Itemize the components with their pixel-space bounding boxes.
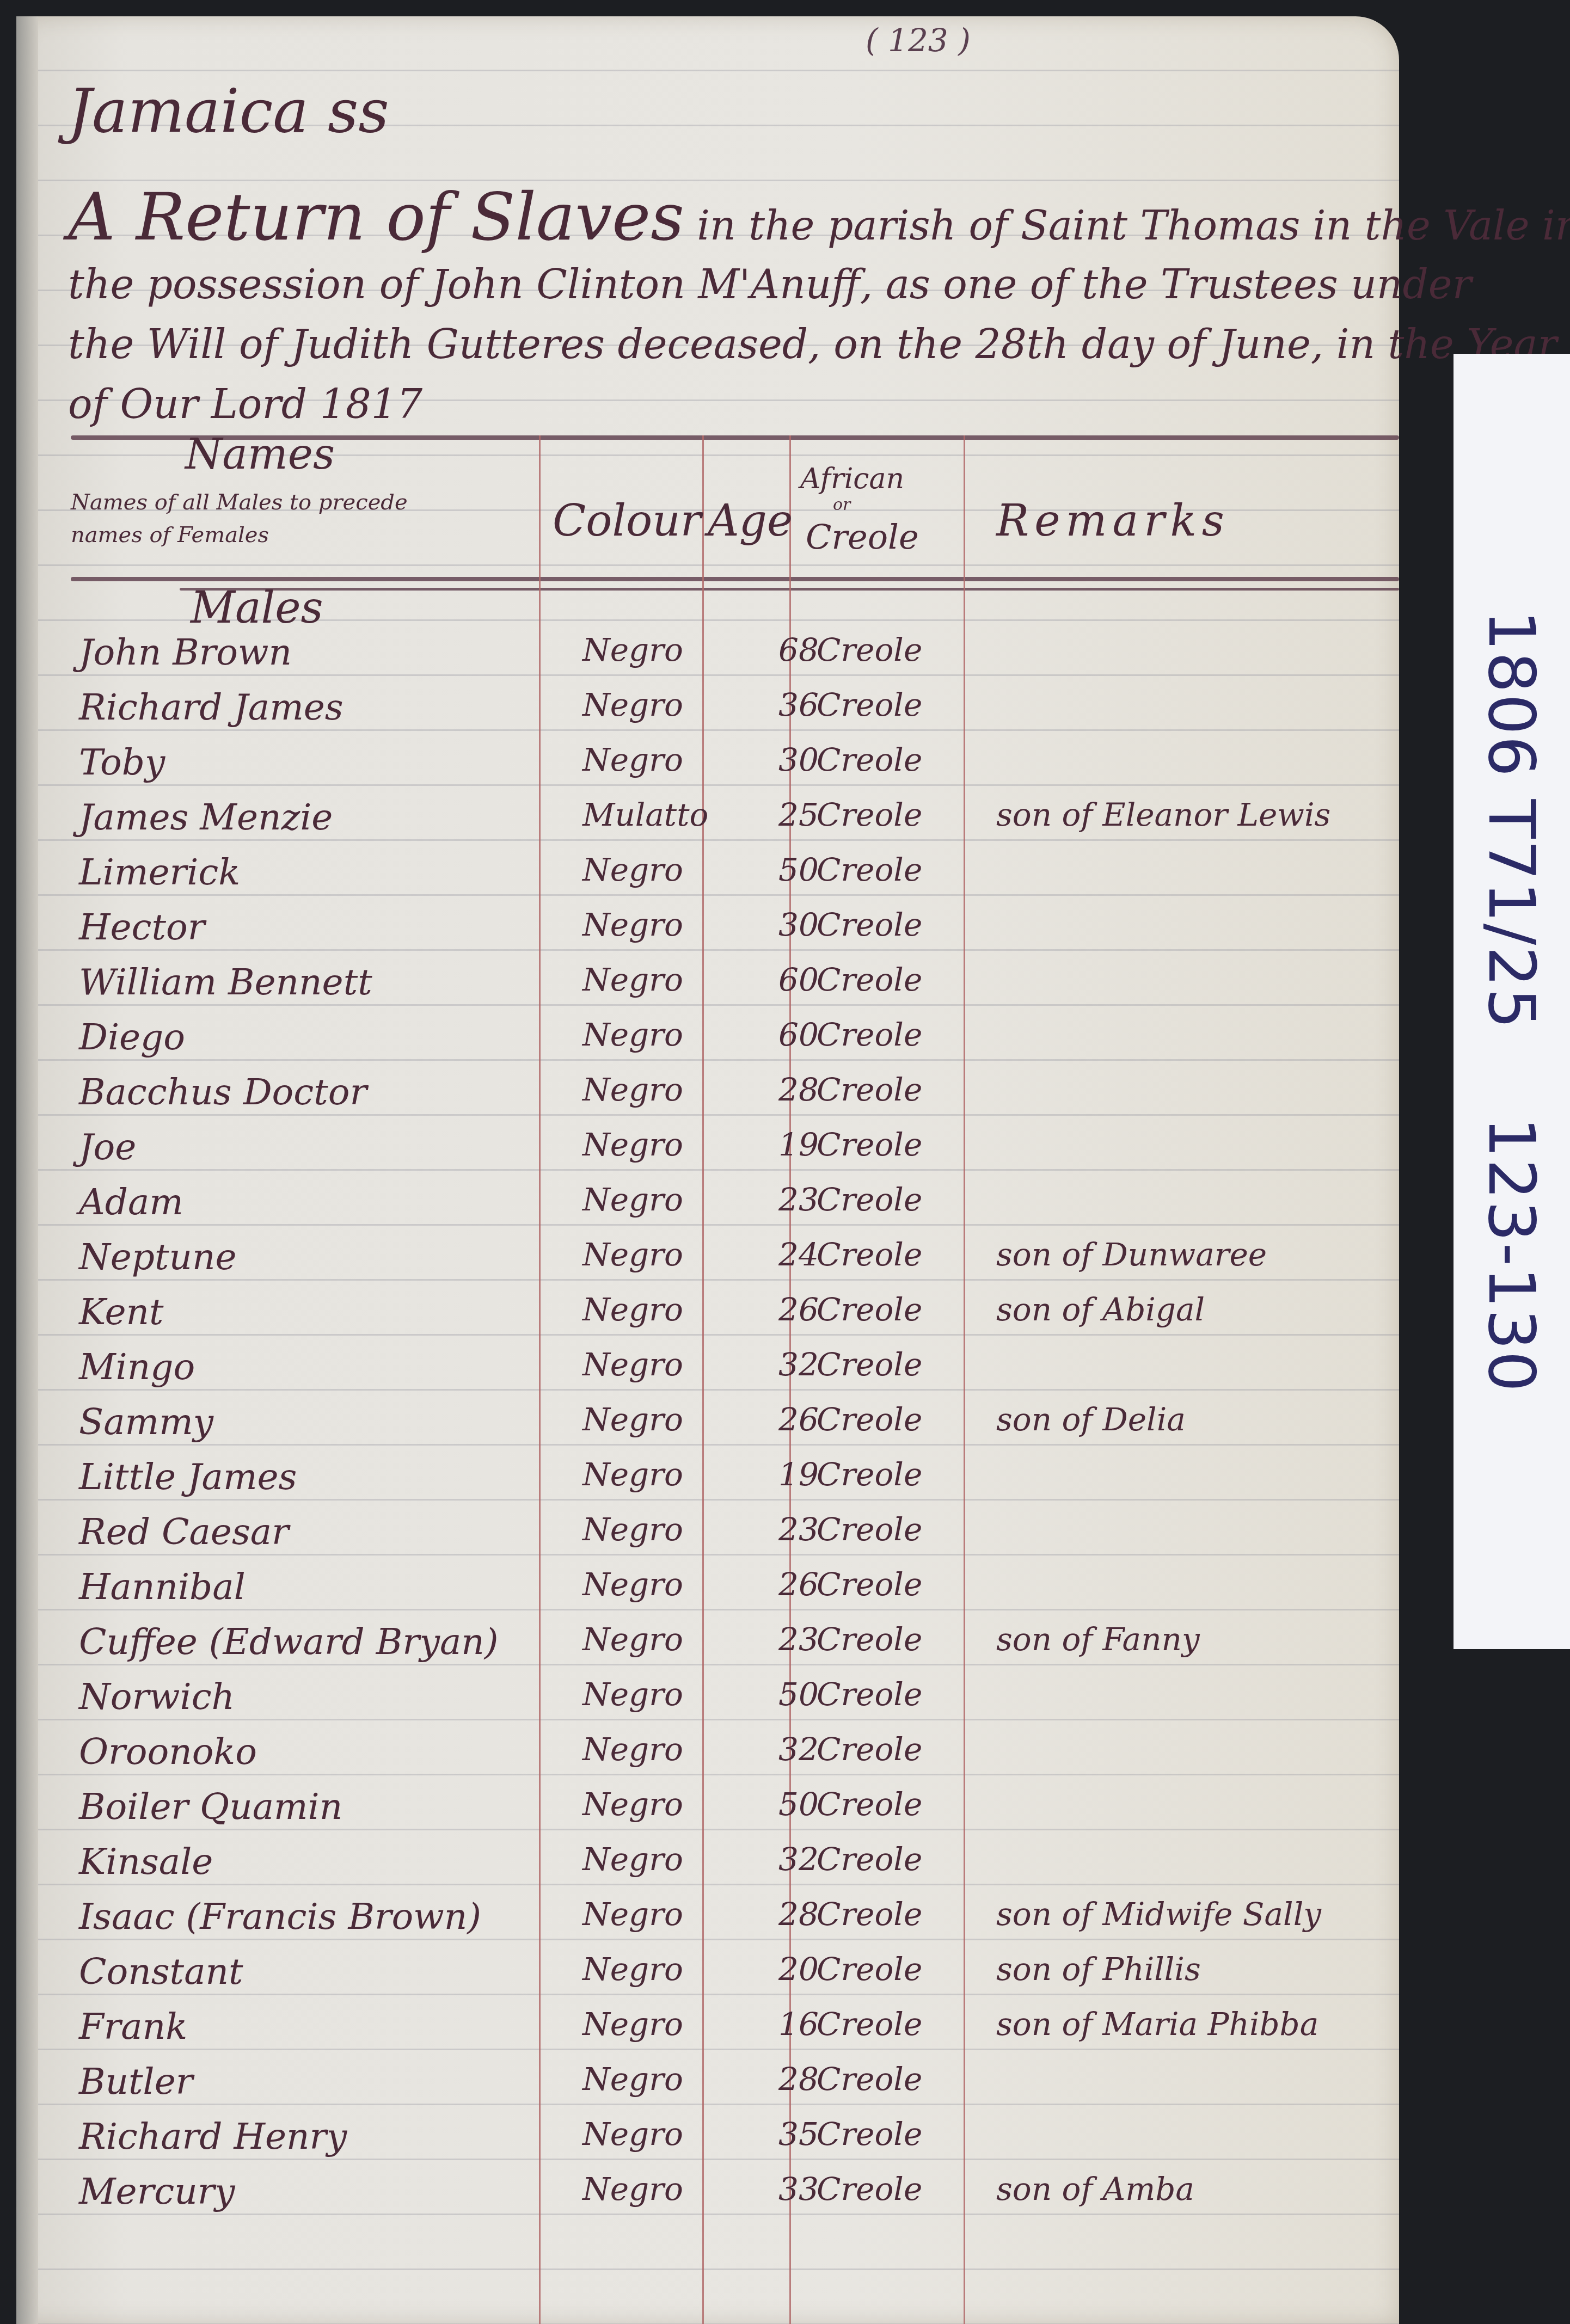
origin-cell: Creole: [817, 1401, 922, 1438]
colour-cell: Negro: [582, 1621, 683, 1658]
table-row: Little JamesNegro19Creole: [16, 1456, 1399, 1510]
table-row: MingoNegro32Creole: [16, 1346, 1399, 1400]
origin-cell: Creole: [817, 1236, 922, 1273]
colour-cell: Negro: [582, 741, 683, 778]
name-cell: Neptune: [79, 1236, 237, 1278]
name-cell: Sammy: [79, 1401, 213, 1443]
age-cell: 36: [778, 686, 819, 723]
age-cell: 26: [778, 1401, 819, 1438]
place-heading: Jamaica ss: [68, 76, 389, 146]
header-creole: Creole: [806, 517, 919, 557]
colour-cell: Negro: [582, 961, 683, 998]
colour-cell: Negro: [582, 1951, 683, 1988]
register-page: ( 123 ) Jamaica ss A Return of Slaves in…: [16, 16, 1399, 2324]
origin-cell: Creole: [817, 1456, 922, 1493]
age-cell: 23: [778, 1511, 819, 1548]
origin-cell: Creole: [817, 1346, 922, 1383]
origin-cell: Creole: [817, 2116, 922, 2153]
colour-cell: Negro: [582, 686, 683, 723]
colour-cell: Negro: [582, 1346, 683, 1383]
name-cell: Adam: [79, 1181, 183, 1223]
age-cell: 16: [778, 2006, 819, 2043]
colour-cell: Mulatto: [582, 796, 708, 833]
remarks-cell: son of Maria Phibba: [996, 2006, 1318, 2043]
colour-cell: Negro: [582, 906, 683, 943]
name-cell: Richard James: [79, 686, 344, 728]
table-row: JoeNegro19Creole: [16, 1126, 1399, 1181]
archive-label: 1806 T71/25 123-130: [1454, 354, 1570, 1649]
name-cell: Kent: [79, 1291, 164, 1333]
header-names: Names: [185, 430, 335, 479]
remarks-cell: son of Delia: [996, 1401, 1186, 1438]
name-cell: Red Caesar: [79, 1511, 289, 1553]
age-cell: 24: [778, 1236, 819, 1273]
name-cell: Boiler Quamin: [79, 1786, 342, 1828]
table-row: FrankNegro16Creoleson of Maria Phibba: [16, 2006, 1399, 2060]
heading-line-1: A Return of Slaves in the parish of Sain…: [68, 180, 1570, 255]
table-row: Red CaesarNegro23Creole: [16, 1511, 1399, 1565]
heading-line-4: of Our Lord 1817: [68, 381, 422, 428]
origin-cell: Creole: [817, 1951, 922, 1988]
remarks-cell: son of Amba: [996, 2171, 1194, 2208]
age-cell: 30: [778, 741, 819, 778]
origin-cell: Creole: [817, 1786, 922, 1823]
colour-cell: Negro: [582, 1896, 683, 1933]
name-cell: Hannibal: [79, 1566, 246, 1608]
origin-cell: Creole: [817, 1621, 922, 1658]
origin-cell: Creole: [817, 631, 922, 668]
colour-cell: Negro: [582, 631, 683, 668]
age-cell: 19: [778, 1126, 819, 1163]
table-row: ButlerNegro28Creole: [16, 2061, 1399, 2115]
remarks-cell: son of Dunwaree: [996, 1236, 1267, 1273]
name-cell: Cuffee (Edward Bryan): [79, 1621, 499, 1663]
age-cell: 23: [778, 1621, 819, 1658]
table-row: TobyNegro30Creole: [16, 741, 1399, 796]
header-age: Age: [708, 495, 793, 546]
name-cell: Bacchus Doctor: [79, 1071, 367, 1113]
origin-cell: Creole: [817, 906, 922, 943]
name-cell: Butler: [79, 2061, 193, 2102]
origin-cell: Creole: [817, 686, 922, 723]
origin-cell: Creole: [817, 851, 922, 888]
colour-cell: Negro: [582, 1401, 683, 1438]
age-cell: 50: [778, 1786, 819, 1823]
archive-pages: 123-130: [1474, 1117, 1549, 1393]
table-row: KentNegro26Creoleson of Abigal: [16, 1291, 1399, 1345]
name-cell: William Bennett: [79, 961, 372, 1003]
table-row: NorwichNegro50Creole: [16, 1676, 1399, 1730]
archive-label-text: 1806 T71/25 123-130: [1474, 610, 1549, 1393]
table-row: HectorNegro30Creole: [16, 906, 1399, 961]
origin-cell: Creole: [817, 961, 922, 998]
age-cell: 30: [778, 906, 819, 943]
header-or: or: [833, 495, 850, 514]
table-row: OroonokoNegro32Creole: [16, 1731, 1399, 1785]
age-cell: 33: [778, 2171, 819, 2208]
colour-cell: Negro: [582, 1676, 683, 1713]
age-cell: 19: [778, 1456, 819, 1493]
remarks-cell: son of Phillis: [996, 1951, 1201, 1988]
section-males: Males: [191, 582, 323, 633]
table-row: DiegoNegro60Creole: [16, 1016, 1399, 1071]
colour-cell: Negro: [582, 1786, 683, 1823]
age-cell: 32: [778, 1731, 819, 1768]
age-cell: 20: [778, 1951, 819, 1988]
header-colour: Colour: [553, 495, 701, 546]
table-row: Bacchus DoctorNegro28Creole: [16, 1071, 1399, 1126]
origin-cell: Creole: [817, 741, 922, 778]
name-cell: Mingo: [79, 1346, 195, 1388]
colour-cell: Negro: [582, 2061, 683, 2098]
age-cell: 28: [778, 1071, 819, 1108]
colour-cell: Negro: [582, 2171, 683, 2208]
table-row: William BennettNegro60Creole: [16, 961, 1399, 1016]
name-cell: Isaac (Francis Brown): [79, 1896, 481, 1938]
name-cell: Constant: [79, 1951, 243, 1993]
origin-cell: Creole: [817, 1511, 922, 1548]
origin-cell: Creole: [817, 1841, 922, 1878]
table-row: HannibalNegro26Creole: [16, 1566, 1399, 1620]
colour-cell: Negro: [582, 1016, 683, 1053]
age-cell: 68: [778, 631, 819, 668]
origin-cell: Creole: [817, 2171, 922, 2208]
name-cell: Limerick: [79, 851, 240, 893]
age-cell: 28: [778, 1896, 819, 1933]
colour-cell: Negro: [582, 1181, 683, 1218]
origin-cell: Creole: [817, 1181, 922, 1218]
colour-cell: Negro: [582, 1291, 683, 1328]
remarks-cell: son of Midwife Sally: [996, 1896, 1321, 1933]
table-row: SammyNegro26Creoleson of Delia: [16, 1401, 1399, 1455]
age-cell: 32: [778, 1346, 819, 1383]
origin-cell: Creole: [817, 1126, 922, 1163]
age-cell: 23: [778, 1181, 819, 1218]
age-cell: 25: [778, 796, 819, 833]
archive-reference: 1806 T71/25: [1474, 610, 1549, 1030]
colour-cell: Negro: [582, 1126, 683, 1163]
table-row: James MenzieMulatto25Creoleson of Eleano…: [16, 796, 1399, 851]
origin-cell: Creole: [817, 1566, 922, 1603]
table-row: Boiler QuaminNegro50Creole: [16, 1786, 1399, 1840]
colour-cell: Negro: [582, 2116, 683, 2153]
colour-cell: Negro: [582, 851, 683, 888]
table-row: Richard JamesNegro36Creole: [16, 686, 1399, 741]
header-remarks: Remarks: [996, 495, 1230, 546]
origin-cell: Creole: [817, 1896, 922, 1933]
name-cell: Oroonoko: [79, 1731, 257, 1773]
colour-cell: Negro: [582, 1511, 683, 1548]
name-cell: James Menzie: [79, 796, 333, 838]
age-cell: 26: [778, 1291, 819, 1328]
name-cell: Norwich: [79, 1676, 235, 1718]
table-row: MercuryNegro33Creoleson of Amba: [16, 2171, 1399, 2225]
name-cell: Little James: [79, 1456, 297, 1498]
name-cell: Diego: [79, 1016, 185, 1058]
remarks-cell: son of Eleanor Lewis: [996, 796, 1330, 833]
table-row: KinsaleNegro32Creole: [16, 1841, 1399, 1895]
colour-cell: Negro: [582, 1731, 683, 1768]
age-cell: 28: [778, 2061, 819, 2098]
age-cell: 60: [778, 961, 819, 998]
header-african: African: [800, 463, 904, 495]
origin-cell: Creole: [817, 1731, 922, 1768]
name-cell: Mercury: [79, 2171, 235, 2212]
age-cell: 50: [778, 851, 819, 888]
heading-line-1-rest: in the parish of Saint Thomas in the Val…: [697, 202, 1570, 249]
origin-cell: Creole: [817, 1676, 922, 1713]
age-cell: 60: [778, 1016, 819, 1053]
colour-cell: Negro: [582, 1841, 683, 1878]
name-cell: Joe: [79, 1126, 136, 1168]
name-cell: Frank: [79, 2006, 187, 2048]
name-cell: John Brown: [79, 631, 292, 673]
header-names-note-1: Names of all Males to precede: [71, 490, 408, 515]
table-row: AdamNegro23Creole: [16, 1181, 1399, 1235]
origin-cell: Creole: [817, 2006, 922, 2043]
heading-line-2: the possession of John Clinton M'Anuff, …: [68, 261, 1471, 308]
header-bottom-rule: [71, 577, 1399, 581]
age-cell: 32: [778, 1841, 819, 1878]
name-cell: Toby: [79, 741, 165, 783]
table-row: Richard HenryNegro35Creole: [16, 2116, 1399, 2170]
origin-cell: Creole: [817, 796, 922, 833]
age-cell: 50: [778, 1676, 819, 1713]
table-row: Isaac (Francis Brown)Negro28Creoleson of…: [16, 1896, 1399, 1950]
origin-cell: Creole: [817, 1291, 922, 1328]
origin-cell: Creole: [817, 1016, 922, 1053]
colour-cell: Negro: [582, 2006, 683, 2043]
heading-line-3: the Will of Judith Gutteres deceased, on…: [68, 321, 1557, 368]
table-row: ConstantNegro20Creoleson of Phillis: [16, 1951, 1399, 2005]
name-cell: Hector: [79, 906, 205, 948]
table-row: LimerickNegro50Creole: [16, 851, 1399, 906]
colour-cell: Negro: [582, 1236, 683, 1273]
table-row: John BrownNegro68Creole: [16, 631, 1399, 686]
name-cell: Kinsale: [79, 1841, 213, 1883]
folio-number: ( 123 ): [866, 22, 971, 59]
age-cell: 35: [778, 2116, 819, 2153]
remarks-cell: son of Abigal: [996, 1291, 1205, 1328]
heading-lead: A Return of Slaves: [68, 180, 684, 255]
remarks-cell: son of Fanny: [996, 1621, 1200, 1658]
name-cell: Richard Henry: [79, 2116, 347, 2157]
header-names-note-2: names of Females: [71, 522, 269, 548]
colour-cell: Negro: [582, 1071, 683, 1108]
colour-cell: Negro: [582, 1566, 683, 1603]
origin-cell: Creole: [817, 2061, 922, 2098]
table-row: NeptuneNegro24Creoleson of Dunwaree: [16, 1236, 1399, 1290]
age-cell: 26: [778, 1566, 819, 1603]
origin-cell: Creole: [817, 1071, 922, 1108]
colour-cell: Negro: [582, 1456, 683, 1493]
table-row: Cuffee (Edward Bryan)Negro23Creoleson of…: [16, 1621, 1399, 1675]
